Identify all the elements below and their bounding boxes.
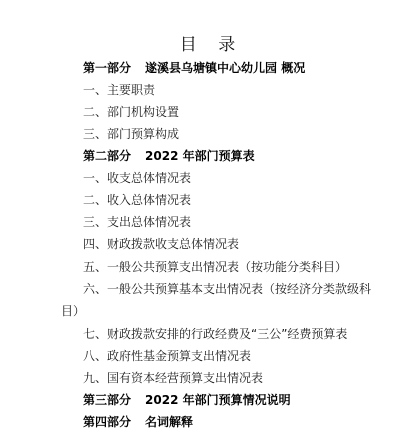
toc-item[interactable]: 六、一般公共预算基本支出情况表（按经济分类款级科	[83, 281, 371, 297]
toc-part-3[interactable]: 第三部分2022 年部门预算情况说明	[83, 392, 291, 408]
toc-part-2[interactable]: 第二部分2022 年部门预算表	[83, 148, 255, 164]
toc-item[interactable]: 八、政府性基金预算支出情况表	[83, 348, 251, 364]
part-title: 2022 年部门预算表	[145, 149, 255, 163]
toc-part-4[interactable]: 第四部分名词解释	[83, 414, 193, 430]
toc-part-1[interactable]: 第一部分遂溪县乌塘镇中心幼儿园 概况	[83, 60, 305, 76]
toc-item[interactable]: 二、收入总体情况表	[83, 192, 191, 208]
part-label: 第三部分	[83, 393, 131, 407]
part-title: 2022 年部门预算情况说明	[145, 393, 291, 407]
toc-item[interactable]: 五、一般公共预算支出情况表（按功能分类科目）	[83, 259, 347, 275]
toc-item-continuation[interactable]: 目）	[61, 303, 85, 319]
part-label: 第四部分	[83, 415, 131, 429]
toc-item[interactable]: 四、财政拨款收支总体情况表	[83, 236, 239, 252]
toc-item[interactable]: 三、部门预算构成	[83, 126, 179, 142]
toc-item[interactable]: 一、收支总体情况表	[83, 170, 191, 186]
toc-item[interactable]: 九、国有资本经营预算支出情况表	[83, 370, 263, 386]
toc-item[interactable]: 七、财政拨款安排的行政经费及“三公”经费预算表	[83, 326, 347, 342]
toc-item[interactable]: 三、支出总体情况表	[83, 214, 191, 230]
part-title: 名词解释	[145, 415, 193, 429]
part-label: 第一部分	[83, 61, 131, 75]
part-label: 第二部分	[83, 149, 131, 163]
part-title: 遂溪县乌塘镇中心幼儿园 概况	[145, 61, 305, 75]
toc-item[interactable]: 二、部门机构设置	[83, 104, 179, 120]
page-title: 目 录	[0, 34, 415, 56]
toc-item[interactable]: 一、主要职责	[83, 82, 155, 98]
